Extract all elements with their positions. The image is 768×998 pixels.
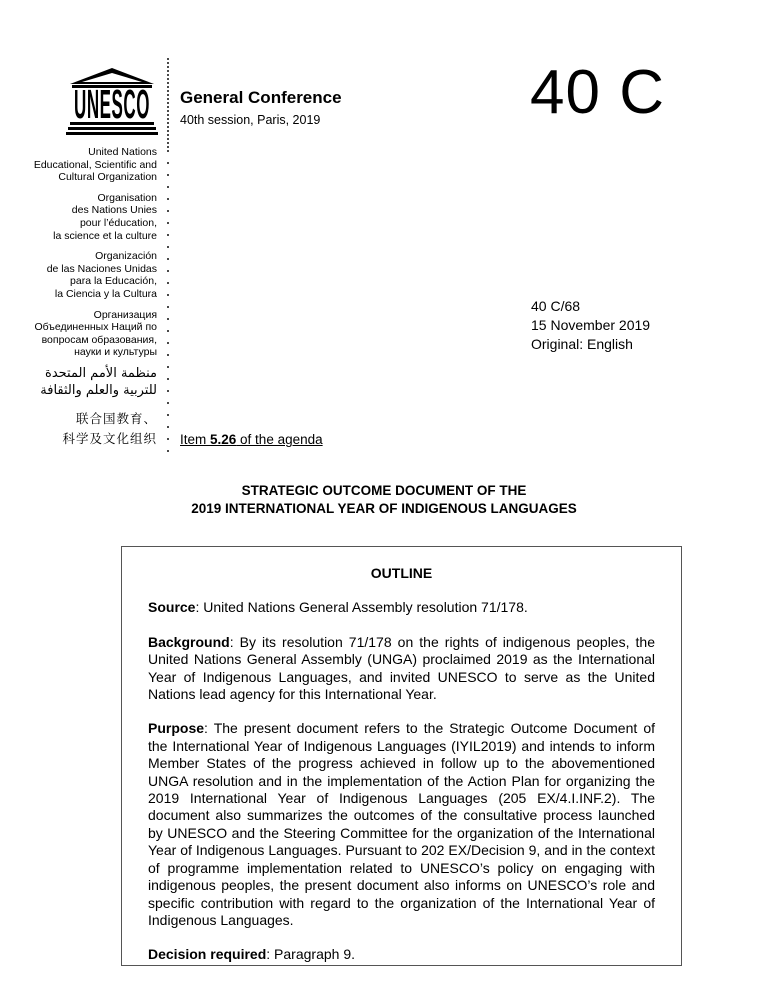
org-name-french: Organisation des Nations Unies pour l’éd… [7, 192, 157, 242]
org-name-english: United Nations Educational, Scientific a… [7, 146, 157, 184]
agenda-item: Item 5.26 of the agenda [180, 432, 323, 447]
outline-background: Background: By its resolution 71/178 on … [148, 634, 655, 704]
conference-title: General Conference [180, 88, 342, 108]
org-name-spanish: Organización de las Naciones Unidas para… [7, 250, 157, 300]
document-series: 40 C [530, 58, 665, 128]
unesco-logo-icon: UNESCO [66, 66, 158, 138]
org-name-russian: Организация Объединенных Наций по вопрос… [7, 309, 157, 359]
org-name-chinese: 联合国教育、 科学及文化组织 [7, 409, 157, 449]
document-number: 40 C/68 [531, 297, 650, 316]
org-name-arabic: منظمة الأمم المتحدة للتربية والعلم والثق… [7, 365, 157, 399]
document-meta: 40 C/68 15 November 2019 Original: Engli… [531, 297, 650, 354]
outline-source: Source: United Nations General Assembly … [148, 599, 655, 616]
agenda-number: 5.26 [210, 432, 236, 447]
outline-heading: OUTLINE [148, 565, 655, 582]
document-date: 15 November 2019 [531, 316, 650, 335]
document-language: Original: English [531, 335, 650, 354]
dotted-divider [167, 58, 169, 458]
organization-names: United Nations Educational, Scientific a… [7, 146, 157, 449]
document-title: STRATEGIC OUTCOME DOCUMENT OF THE 2019 I… [0, 482, 768, 518]
outline-decision: Decision required: Paragraph 9. [148, 946, 655, 963]
outline-purpose: Purpose: The present document refers to … [148, 720, 655, 929]
outline-box: OUTLINE Source: United Nations General A… [121, 546, 682, 966]
conference-session: 40th session, Paris, 2019 [180, 113, 320, 127]
svg-text:UNESCO: UNESCO [74, 82, 150, 127]
